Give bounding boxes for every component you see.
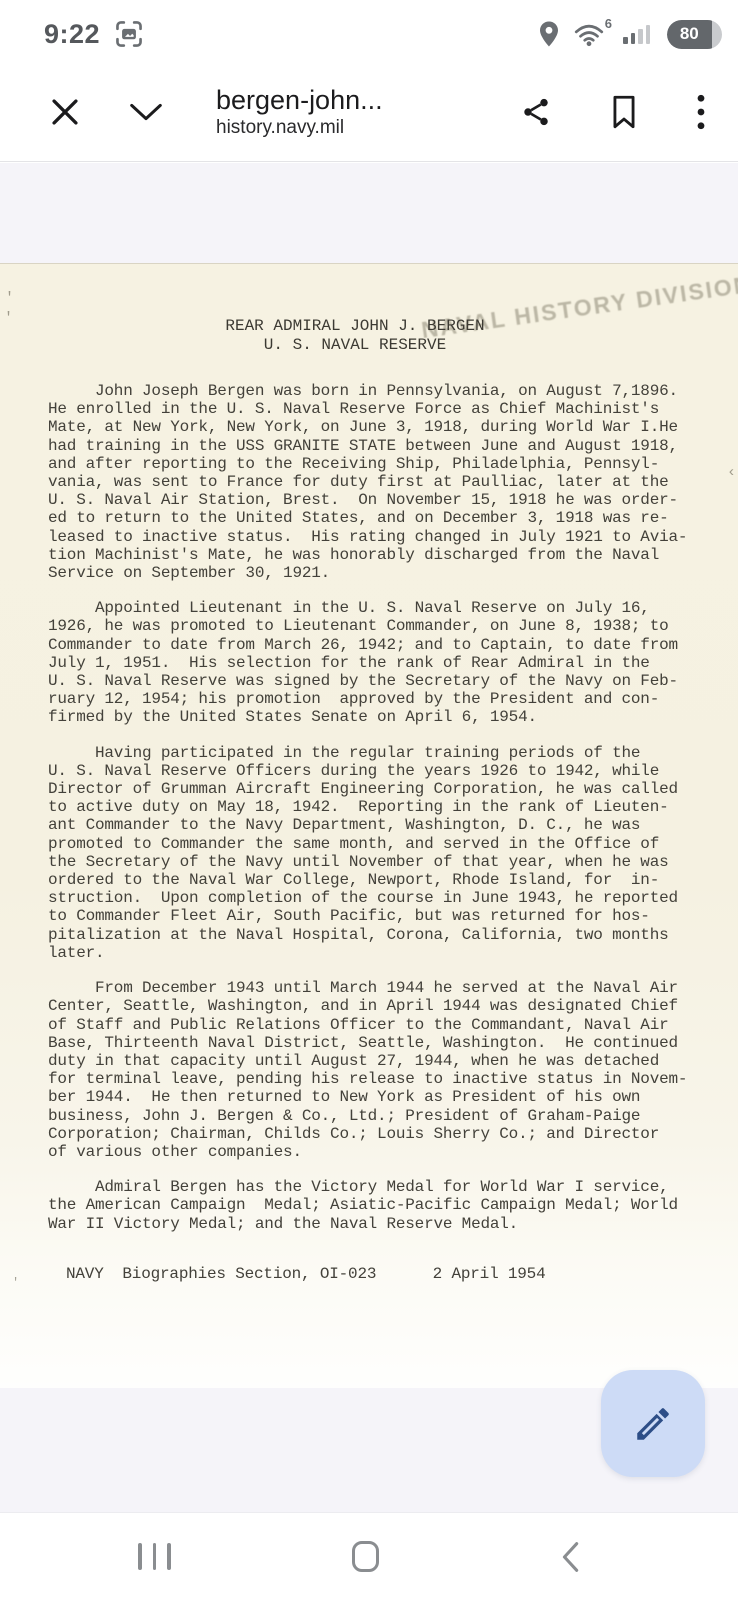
android-navigation-bar xyxy=(0,1512,738,1600)
home-icon xyxy=(352,1541,379,1572)
battery-icon: 80 xyxy=(667,20,722,49)
ink-mark: ‹ xyxy=(727,464,736,481)
chevron-down-icon xyxy=(128,101,164,123)
doc-paragraph: John Joseph Bergen was born in Pennsylva… xyxy=(48,382,712,582)
ink-mark: ' xyxy=(5,290,14,307)
edit-fab-button[interactable] xyxy=(601,1370,705,1477)
doc-paragraph: Having participated in the regular train… xyxy=(48,744,712,962)
document-body: John Joseph Bergen was born in Pennsylva… xyxy=(0,354,738,1283)
source-domain: history.navy.mil xyxy=(216,116,383,140)
overflow-menu-button[interactable] xyxy=(690,88,712,136)
doc-footer-line: NAVY Biographies Section, OI-023 2 April… xyxy=(48,1265,712,1283)
collapse-button[interactable] xyxy=(122,95,170,129)
doc-paragraph: From December 1943 until March 1944 he s… xyxy=(48,979,712,1161)
ink-mark: ' xyxy=(12,1276,19,1290)
clock: 9:22 xyxy=(44,19,100,50)
document-page: NAVAL HISTORY DIVISION ' ' ‹ ' REAR ADMI… xyxy=(0,263,738,1388)
close-button[interactable] xyxy=(42,89,88,135)
screen-capture-icon xyxy=(114,19,144,49)
bookmark-button[interactable] xyxy=(604,89,644,135)
back-icon xyxy=(560,1540,580,1574)
heading-line-1: REAR ADMIRAL JOHN J. BERGEN xyxy=(0,317,724,336)
wifi-icon: 6 xyxy=(574,21,604,47)
status-bar: 9:22 6 xyxy=(0,0,738,62)
heading-line-2: U. S. NAVAL RESERVE xyxy=(0,336,724,355)
overflow-menu-icon xyxy=(696,94,706,130)
doc-paragraph: Admiral Bergen has the Victory Medal for… xyxy=(48,1178,712,1233)
signal-strength-icon xyxy=(623,24,650,44)
battery-percentage: 80 xyxy=(680,24,699,44)
location-icon xyxy=(537,20,561,48)
share-button[interactable] xyxy=(514,90,558,134)
home-button[interactable] xyxy=(344,1533,387,1580)
document-heading: REAR ADMIRAL JOHN J. BERGENU. S. NAVAL R… xyxy=(0,317,724,354)
recents-icon xyxy=(138,1543,171,1570)
viewer-toolbar: bergen-john... history.navy.mil xyxy=(0,62,738,162)
document-viewer[interactable]: NAVAL HISTORY DIVISION ' ' ‹ ' REAR ADMI… xyxy=(0,163,738,1512)
close-icon xyxy=(48,95,82,129)
recents-button[interactable] xyxy=(130,1535,179,1578)
file-name: bergen-john... xyxy=(216,84,383,116)
pencil-edit-icon xyxy=(632,1403,674,1445)
document-title-block: bergen-john... history.navy.mil xyxy=(216,84,383,140)
phone-screen: 9:22 6 xyxy=(0,0,738,1600)
wifi6-badge: 6 xyxy=(605,16,612,31)
bookmark-icon xyxy=(610,95,638,129)
back-button[interactable] xyxy=(552,1532,588,1582)
share-icon xyxy=(520,96,552,128)
doc-paragraph: Appointed Lieutenant in the U. S. Naval … xyxy=(48,599,712,726)
